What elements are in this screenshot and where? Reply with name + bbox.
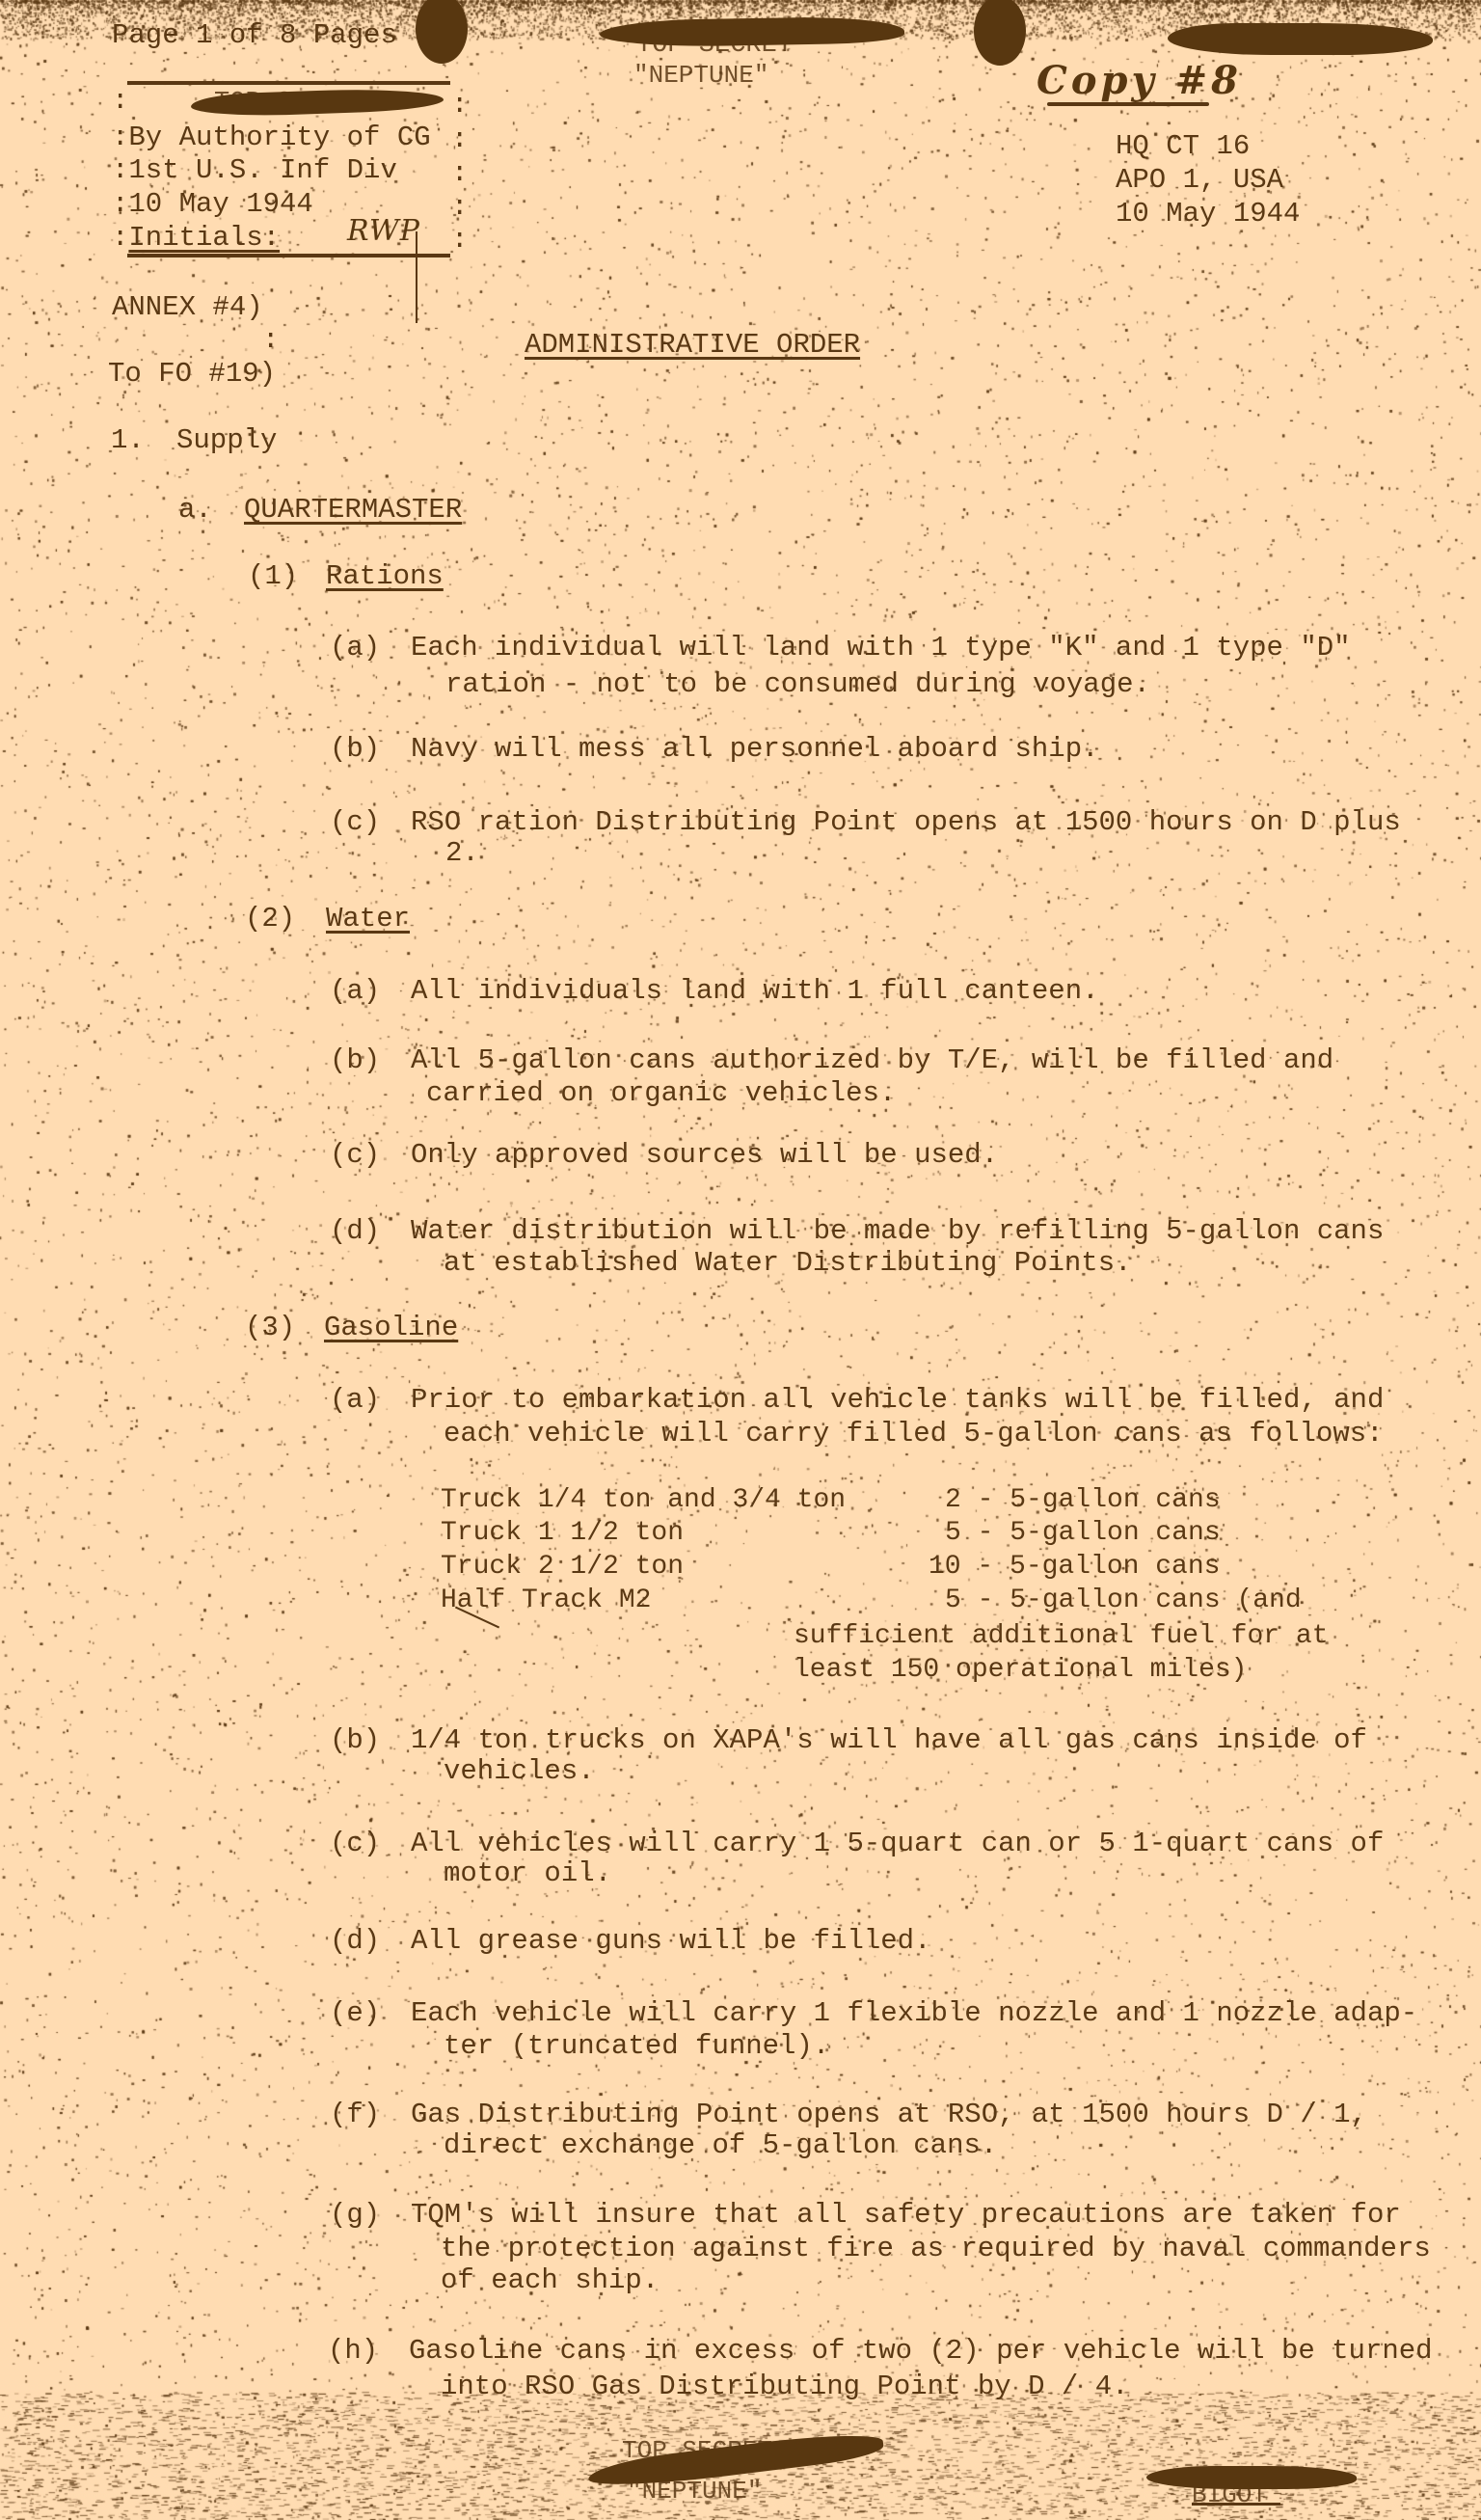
page-indicator: Page 1 of 8 Pages xyxy=(112,19,397,52)
box-line-initials: :Initials: xyxy=(112,222,280,255)
part-title-gasoline: Gasoline xyxy=(324,1312,458,1344)
punch-hole-left xyxy=(416,0,468,64)
item-line: 2. xyxy=(445,837,479,870)
header-codename: "NEPTUNE" xyxy=(633,59,768,92)
apo-line: APO 1, USA xyxy=(1116,164,1283,197)
box-line-authority-text: By Authority of CG xyxy=(128,122,430,153)
item-line: carried on organic vehicles. xyxy=(426,1077,896,1110)
box-line-date: :10 May 1944 xyxy=(112,188,313,221)
item-line: All individuals land with 1 full canteen… xyxy=(411,975,1099,1008)
item-line: each vehicle will carry filled 5-gallon … xyxy=(444,1418,1384,1450)
box-line-division-text: 1st U.S. Inf Div xyxy=(128,154,396,186)
item-letter: (c) xyxy=(330,1139,380,1172)
item-letter: (a) xyxy=(330,975,380,1008)
box-colon-right-0: : xyxy=(451,89,468,122)
box-colon-right-2: : xyxy=(451,157,468,190)
item-line: into RSO Gas Distributing Point by D / 4… xyxy=(441,2371,1129,2403)
item-letter: (e) xyxy=(330,1997,380,2030)
order-title: ADMINISTRATIVE ORDER xyxy=(525,329,860,362)
box-colon-right-1: : xyxy=(451,123,468,156)
classification-box-bottom-rule xyxy=(127,254,450,257)
item-letter: (a) xyxy=(330,1384,380,1417)
copy-number-handwritten: Copy #8 xyxy=(1037,58,1242,103)
item-line: Water distribution will be made by refil… xyxy=(411,1215,1384,1248)
table-row-vehicle: Truck 1/4 ton and 3/4 ton xyxy=(441,1484,846,1517)
table-row-vehicle: Truck 1 1/2 ton xyxy=(441,1517,684,1550)
table-row-allowance: 2 - 5-gallon cans xyxy=(945,1484,1221,1517)
item-line: at established Water Distributing Points… xyxy=(444,1247,1132,1280)
item-line: the protection against fire as required … xyxy=(441,2233,1431,2265)
item-letter: (b) xyxy=(330,1724,380,1757)
part-number-gasoline: (3) xyxy=(245,1312,295,1344)
item-line: Only approved sources will be used. xyxy=(411,1139,998,1172)
classification-box-top-rule xyxy=(127,81,450,85)
hq-line: HQ CT 16 xyxy=(1116,130,1250,163)
table-note-line: least 150 operational miles) xyxy=(794,1654,1247,1687)
item-line: All grease guns will be filled. xyxy=(411,1925,931,1958)
item-line: All 5-gallon cans authorized by T/E, wil… xyxy=(411,1044,1333,1077)
table-row-allowance: 5 - 5-gallon cans xyxy=(945,1517,1221,1550)
box-line-initials-text: Initials: xyxy=(128,222,280,254)
box-colon-left-0: : xyxy=(112,85,128,118)
item-line: ration - not to be consumed during voyag… xyxy=(445,668,1150,701)
table-note-line: sufficient additional fuel for at xyxy=(794,1620,1329,1653)
header-classification-redaction xyxy=(600,15,904,48)
item-line: TQM's will insure that all safety precau… xyxy=(411,2199,1401,2232)
annex-to-fo: To FO #19) xyxy=(108,358,276,391)
box-colon-right-3: : xyxy=(451,191,468,224)
copy-number-underline xyxy=(1047,102,1209,106)
section-number: 1. xyxy=(111,424,145,457)
item-line: All vehicles will carry 1 5-quart can or… xyxy=(411,1828,1384,1860)
part-number-water: (2) xyxy=(245,903,295,935)
box-line-date-text: 10 May 1944 xyxy=(128,188,312,220)
item-letter: (d) xyxy=(330,1925,380,1958)
annex-colon: : xyxy=(262,324,279,357)
punch-hole-right xyxy=(974,0,1026,66)
item-line: Gasoline cans in excess of two (2) per v… xyxy=(409,2335,1433,2368)
header-right-redaction xyxy=(1168,23,1433,55)
item-letter: (d) xyxy=(330,1215,380,1248)
table-row-allowance: 5 - 5-gallon cans (and xyxy=(945,1585,1302,1617)
part-title-rations: Rations xyxy=(326,560,444,593)
initials-signature: RWP xyxy=(347,214,420,248)
signature-stroke xyxy=(416,231,417,323)
table-row-allowance: 10 - 5-gallon cans xyxy=(929,1551,1220,1584)
item-line: Each individual will land with 1 type "K… xyxy=(411,632,1351,664)
item-line: of each ship. xyxy=(441,2264,659,2297)
item-letter: (c) xyxy=(330,806,380,839)
subsection-letter: a. xyxy=(178,494,212,527)
item-line: direct exchange of 5-gallon cans. xyxy=(444,2129,997,2162)
item-line: Navy will mess all personnel aboard ship… xyxy=(411,733,1099,766)
item-line: Gas Distributing Point opens at RSO, at … xyxy=(411,2099,1367,2131)
box-line-authority: :By Authority of CG xyxy=(112,122,431,154)
item-line: Each vehicle will carry 1 flexible nozzl… xyxy=(411,1997,1417,2030)
part-number-rations: (1) xyxy=(248,560,298,593)
part-title-water: Water xyxy=(326,903,410,935)
box-colon-right-4: : xyxy=(451,224,468,257)
item-letter: (b) xyxy=(330,1044,380,1077)
date-line: 10 May 1944 xyxy=(1116,198,1300,230)
section-title: Supply xyxy=(176,424,277,457)
item-letter: (h) xyxy=(328,2335,378,2368)
item-line: ter (truncated funnel). xyxy=(444,2030,829,2063)
item-letter: (g) xyxy=(330,2199,380,2232)
item-letter: (f) xyxy=(330,2099,380,2131)
table-row-vehicle: Half Track M2 xyxy=(441,1585,651,1617)
annex-label: ANNEX #4) xyxy=(112,291,263,324)
table-row-vehicle: Truck 2 1/2 ton xyxy=(441,1551,684,1584)
item-letter: (b) xyxy=(330,733,380,766)
item-line: 1/4 ton trucks on XAPA's will have all g… xyxy=(411,1724,1367,1757)
item-letter: (c) xyxy=(330,1828,380,1860)
box-line-division: :1st U.S. Inf Div xyxy=(112,154,397,187)
item-letter: (a) xyxy=(330,632,380,664)
item-line: vehicles. xyxy=(444,1755,595,1788)
subsection-title: QUARTERMASTER xyxy=(244,494,462,527)
footer-special-handling-redaction xyxy=(1146,2466,1357,2489)
item-line: motor oil. xyxy=(444,1857,611,1890)
item-line: Prior to embarkation all vehicle tanks w… xyxy=(411,1384,1384,1417)
item-line: RSO ration Distributing Point opens at 1… xyxy=(411,806,1401,839)
footer-special-handling-underline xyxy=(1192,2503,1280,2506)
footer-codename: "NEPTUNE" xyxy=(627,2475,762,2507)
